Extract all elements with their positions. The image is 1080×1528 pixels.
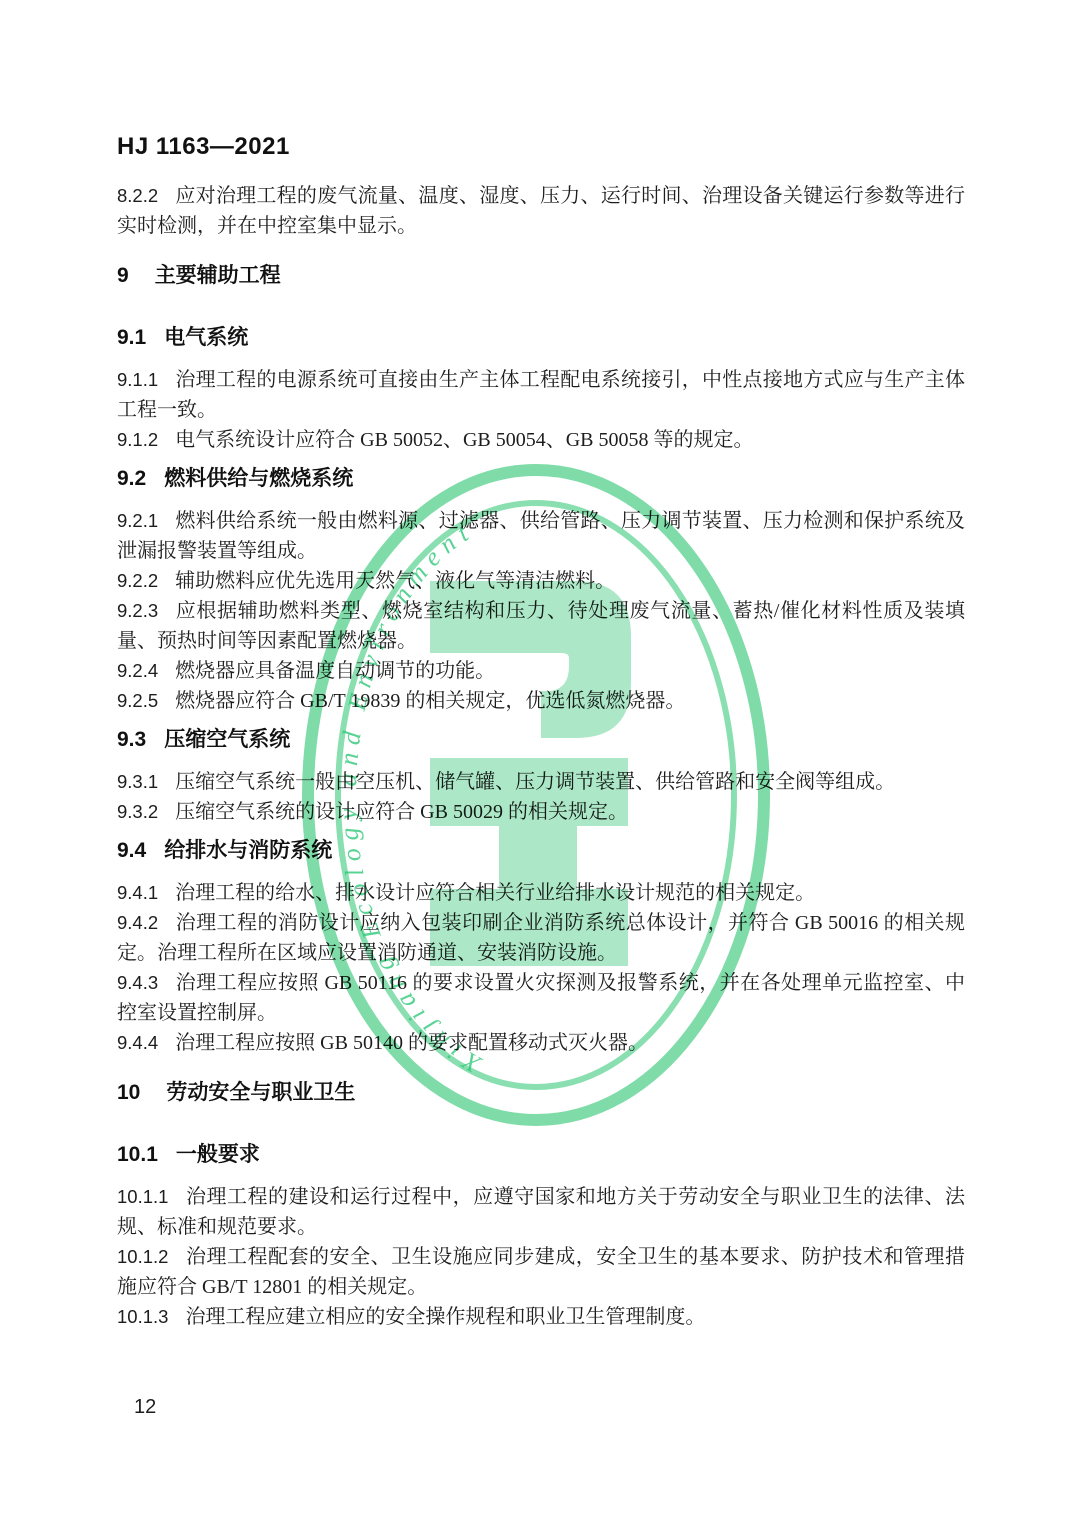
clause-9.1.2: 9.1.2电气系统设计应符合 GB 50052、GB 50054、GB 5005… [117,425,965,455]
heading-9.2: 9.2燃料供给与燃烧系统 [117,464,965,494]
clause-9.4.2: 9.4.2治理工程的消防设计应纳入包装印刷企业消防系统总体设计，并符合 GB 5… [117,908,965,968]
clause-text: 电气系统设计应符合 GB 50052、GB 50054、GB 50058 等的规… [175,429,753,451]
clause-text: 治理工程应按照 GB 50116 的要求设置火灾探测及报警系统，并在各处理单元监… [117,972,965,1024]
clause-9.3.1: 9.3.1压缩空气系统一般由空压机、储气罐、压力调节装置、供给管路和安全阀等组成… [117,767,965,797]
clause-text: 燃料供给与燃烧系统 [164,467,353,490]
heading-10.1: 10.1一般要求 [117,1140,965,1170]
clause-number: 9.3.2 [117,801,158,822]
clause-number: 9.1.2 [117,429,158,450]
clause-number: 9.4.3 [117,972,158,993]
clause-9.3.2: 9.3.2压缩空气系统的设计应符合 GB 50029 的相关规定。 [117,797,965,827]
clause-number: 8.2.2 [117,185,158,206]
clause-number: 9.4.1 [117,882,158,903]
clause-10.1.2: 10.1.2治理工程配套的安全、卫生设施应同步建成，安全卫生的基本要求、防护技术… [117,1242,965,1302]
heading-9.3: 9.3压缩空气系统 [117,725,965,755]
clause-9.2.1: 9.2.1燃料供给系统一般由燃料源、过滤器、供给管路、压力调节装置、压力检测和保… [117,506,965,566]
clause-number: 9.4 [117,839,146,862]
clause-number: 9.3.1 [117,771,158,792]
clause-number: 9.1.1 [117,369,158,390]
clause-text: 治理工程应按照 GB 50140 的要求配置移动式灭火器。 [175,1032,648,1054]
clause-text: 劳动安全与职业卫生 [166,1081,355,1104]
clause-text: 燃烧器应符合 GB/T 19839 的相关规定，优选低氮燃烧器。 [175,690,685,712]
clause-text: 辅助燃料应优先选用天然气、液化气等清洁燃料。 [175,570,615,592]
clause-text: 主要辅助工程 [155,264,281,287]
clause-text: 压缩空气系统 [164,728,290,751]
clause-9.4.3: 9.4.3治理工程应按照 GB 50116 的要求设置火灾探测及报警系统，并在各… [117,968,965,1028]
clause-number: 9.2.2 [117,570,158,591]
clause-text: 治理工程配套的安全、卫生设施应同步建成，安全卫生的基本要求、防护技术和管理措施应… [117,1246,965,1298]
clause-number: 10.1.1 [117,1186,168,1207]
clause-9.1.1: 9.1.1治理工程的电源系统可直接由生产主体工程配电系统接引，中性点接地方式应与… [117,365,965,425]
clause-number: 9.2.4 [117,660,158,681]
clause-text: 压缩空气系统一般由空压机、储气罐、压力调节装置、供给管路和安全阀等组成。 [175,771,895,793]
document-page: HJ 1163—2021 8.2.2应对治理工程的废气流量、温度、湿度、压力、运… [0,0,1080,1528]
clause-number: 10.1.2 [117,1246,168,1267]
clause-number: 10 [117,1081,140,1104]
clause-number: 9.2.1 [117,510,158,531]
clause-text: 治理工程的给水、排水设计应符合相关行业给排水设计规范的相关规定。 [175,882,815,904]
clause-9.2.5: 9.2.5燃烧器应符合 GB/T 19839 的相关规定，优选低氮燃烧器。 [117,686,965,716]
clause-text: 电气系统 [164,326,248,349]
clause-text: 应根据辅助燃料类型、燃烧室结构和压力、待处理废气流量、蓄热/催化材料性质及装填量… [117,600,965,652]
clause-text: 治理工程的建设和运行过程中，应遵守国家和地方关于劳动安全与职业卫生的法律、法规、… [117,1186,965,1238]
clause-10.1.3: 10.1.3治理工程应建立相应的安全操作规程和职业卫生管理制度。 [117,1302,965,1332]
heading-9: 9主要辅助工程 [117,261,965,291]
clause-text: 一般要求 [176,1143,260,1166]
clause-text: 燃料供给系统一般由燃料源、过滤器、供给管路、压力调节装置、压力检测和保护系统及泄… [117,510,965,562]
clause-number: 9.4.2 [117,912,158,933]
heading-10: 10劳动安全与职业卫生 [117,1078,965,1108]
clause-text: 治理工程的电源系统可直接由生产主体工程配电系统接引，中性点接地方式应与生产主体工… [117,369,965,421]
clause-9.2.3: 9.2.3应根据辅助燃料类型、燃烧室结构和压力、待处理废气流量、蓄热/催化材料性… [117,596,965,656]
clause-8.2.2: 8.2.2应对治理工程的废气流量、温度、湿度、压力、运行时间、治理设备关键运行参… [117,181,965,241]
clause-text: 给排水与消防系统 [164,839,332,862]
clause-text: 燃烧器应具备温度自动调节的功能。 [175,660,495,682]
page-number: 12 [134,1396,156,1419]
heading-9.1: 9.1电气系统 [117,323,965,353]
clause-9.4.1: 9.4.1治理工程的给水、排水设计应符合相关行业给排水设计规范的相关规定。 [117,878,965,908]
clause-number: 9 [117,264,129,287]
document-content: 8.2.2应对治理工程的废气流量、温度、湿度、压力、运行时间、治理设备关键运行参… [117,181,965,1332]
clause-9.4.4: 9.4.4治理工程应按照 GB 50140 的要求配置移动式灭火器。 [117,1028,965,1058]
clause-9.2.2: 9.2.2辅助燃料应优先选用天然气、液化气等清洁燃料。 [117,566,965,596]
clause-number: 10.1 [117,1143,158,1166]
standard-number: HJ 1163—2021 [117,133,290,161]
clause-number: 9.2.5 [117,690,158,711]
clause-number: 9.2 [117,467,146,490]
clause-number: 9.4.4 [117,1032,158,1053]
clause-text: 治理工程应建立相应的安全操作规程和职业卫生管理制度。 [185,1306,705,1328]
clause-text: 应对治理工程的废气流量、温度、湿度、压力、运行时间、治理设备关键运行参数等进行实… [117,185,965,237]
clause-number: 9.1 [117,326,146,349]
clause-text: 压缩空气系统的设计应符合 GB 50029 的相关规定。 [175,801,628,823]
clause-9.2.4: 9.2.4燃烧器应具备温度自动调节的功能。 [117,656,965,686]
clause-number: 9.3 [117,728,146,751]
heading-9.4: 9.4给排水与消防系统 [117,836,965,866]
clause-number: 9.2.3 [117,600,158,621]
clause-10.1.1: 10.1.1治理工程的建设和运行过程中，应遵守国家和地方关于劳动安全与职业卫生的… [117,1182,965,1242]
clause-number: 10.1.3 [117,1306,168,1327]
clause-text: 治理工程的消防设计应纳入包装印刷企业消防系统总体设计，并符合 GB 50016 … [117,912,965,964]
